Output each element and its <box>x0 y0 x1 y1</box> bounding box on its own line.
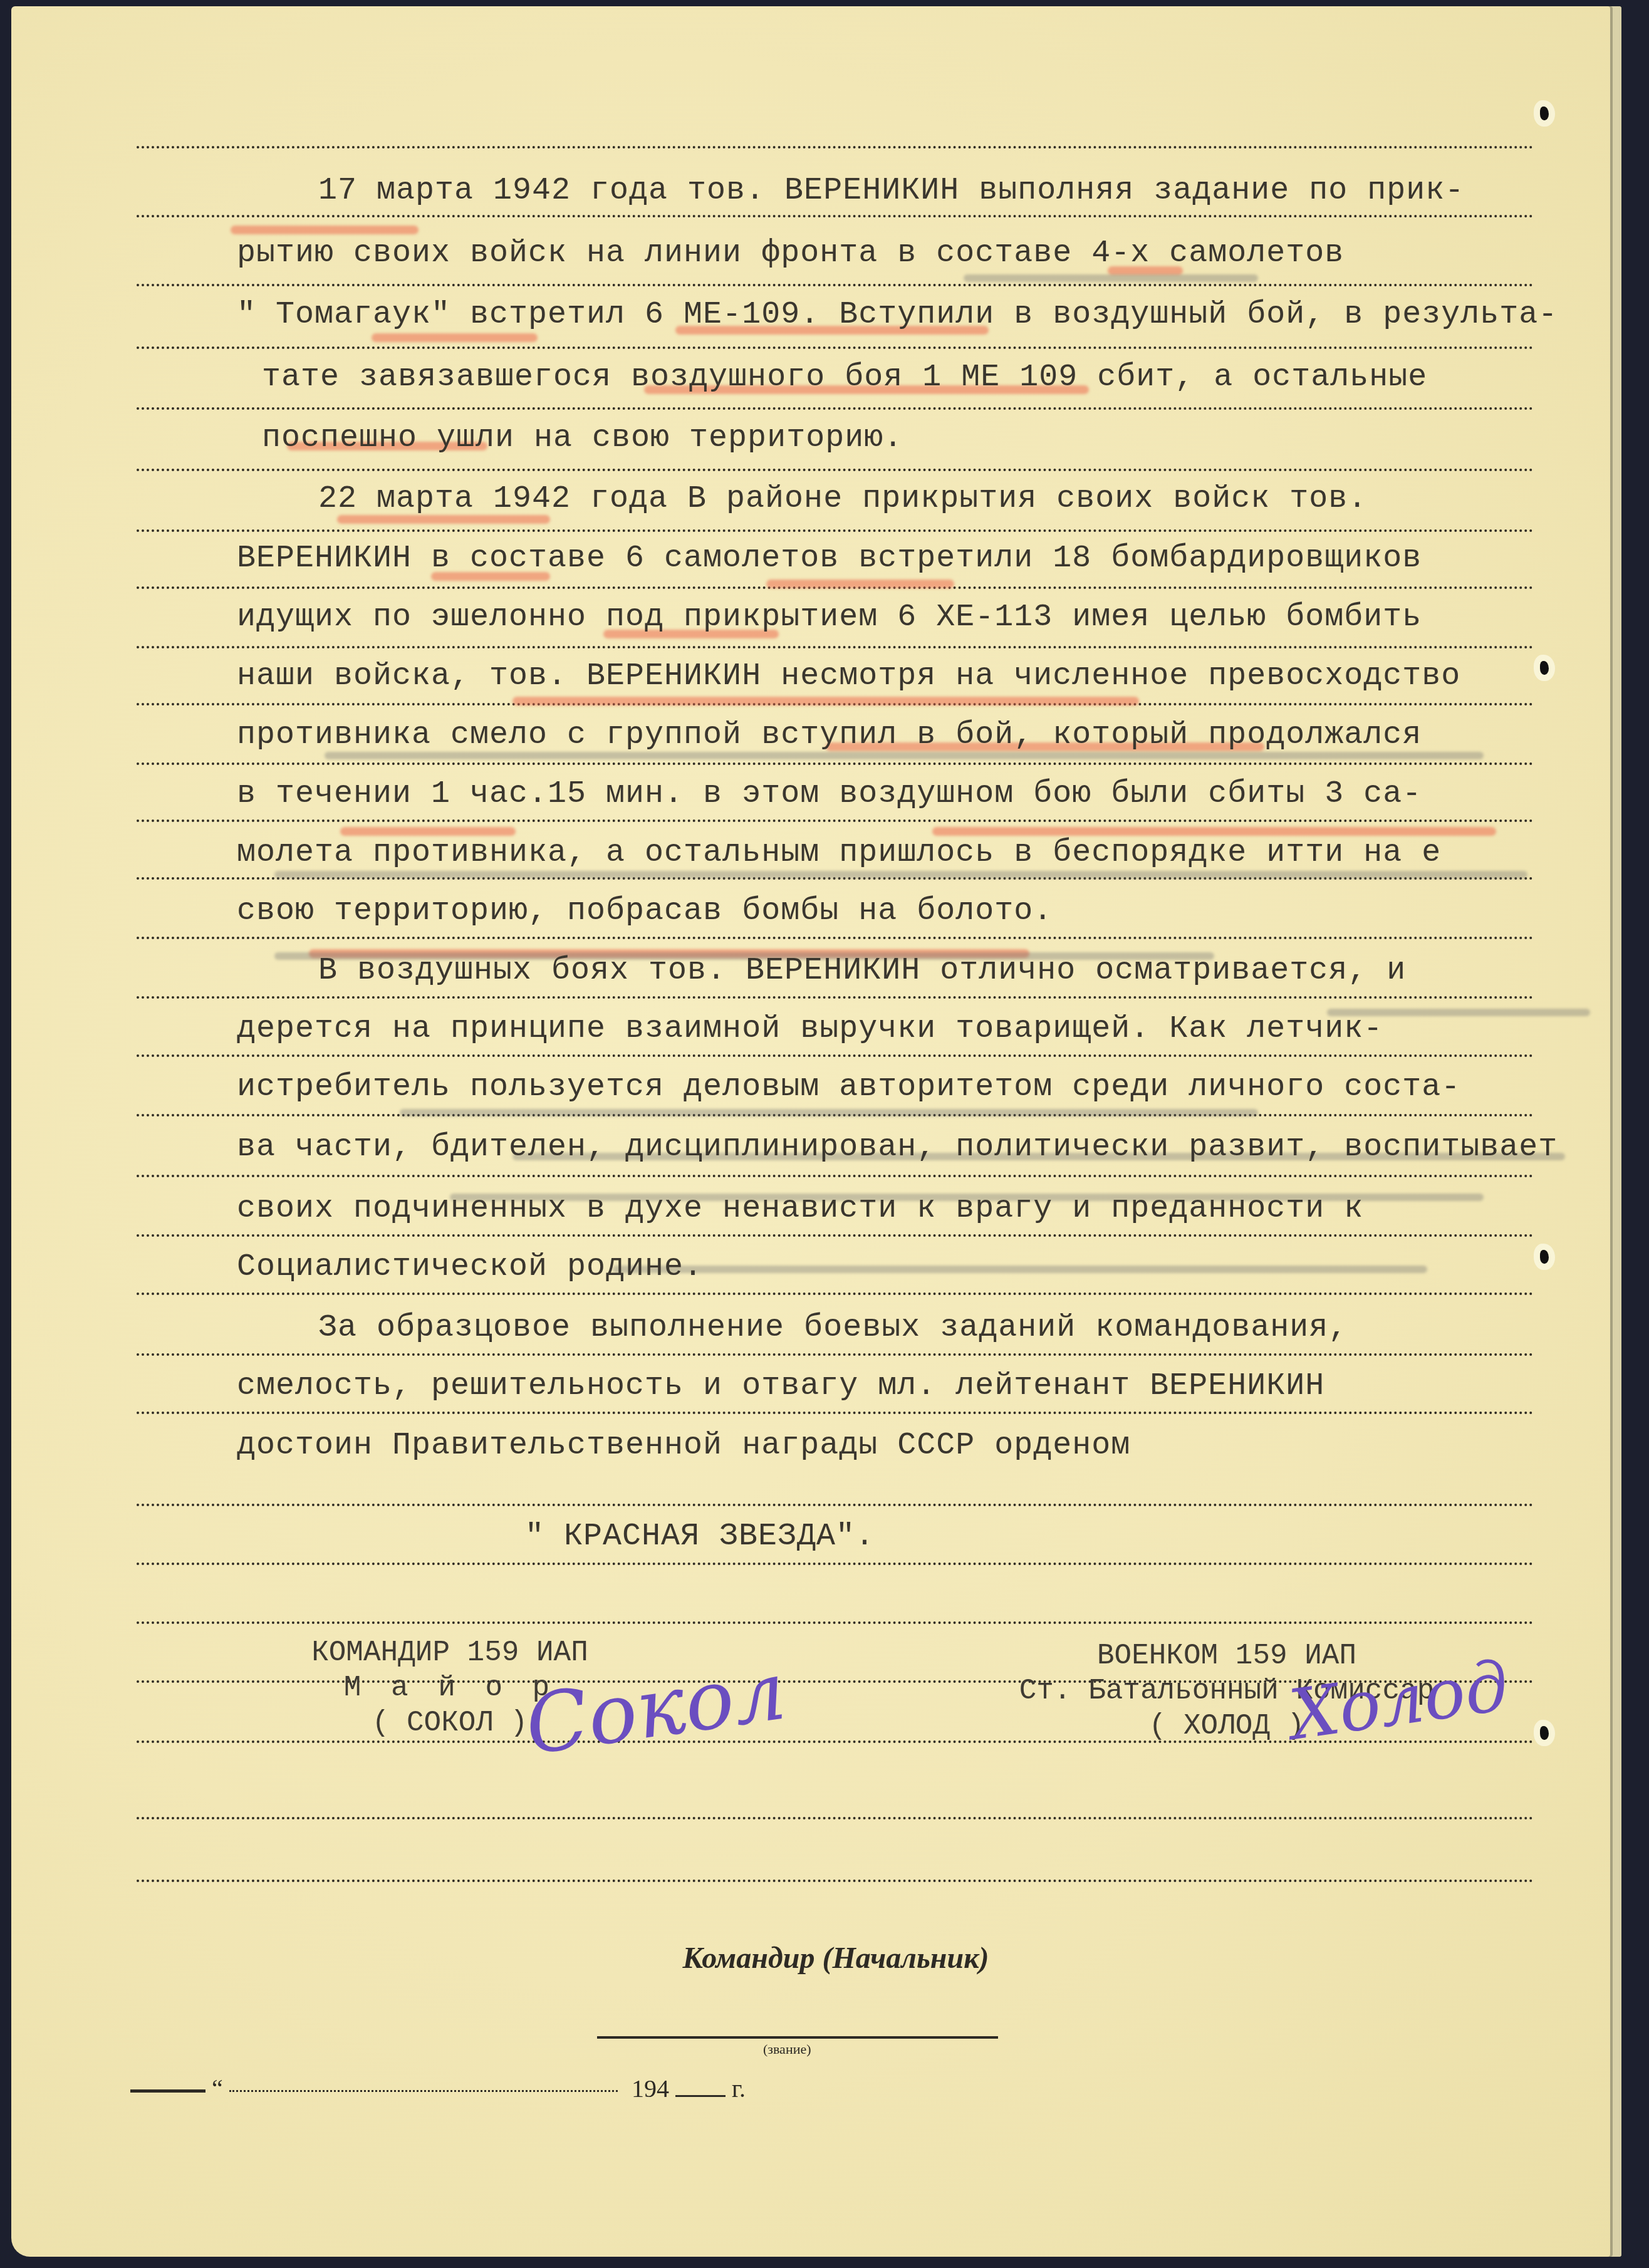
punch-hole <box>1540 661 1549 675</box>
ruled-line <box>137 1353 1534 1356</box>
date-open-quote: “ <box>212 2074 223 2103</box>
ruled-line <box>137 762 1534 765</box>
paragraph-2-line-2: ВЕРЕНИКИН в составе 6 самолетов встретил… <box>237 540 1422 578</box>
paragraph-4-line-1: За образцовое выполнение боевых заданий … <box>318 1309 1348 1347</box>
document-page: 17 марта 1942 года тов. ВЕРЕНИКИН выполн… <box>11 6 1621 2257</box>
paragraph-3-line-1: В воздушных боях тов. ВЕРЕНИКИН отлично … <box>318 952 1406 990</box>
ruled-line <box>137 346 1534 349</box>
ruled-line <box>137 1412 1534 1414</box>
paragraph-1-line-1: 17 марта 1942 года тов. ВЕРЕНИКИН выполн… <box>318 172 1464 210</box>
rank-caption: (звание) <box>763 2041 811 2057</box>
ruled-line <box>137 1621 1534 1624</box>
ruled-line <box>137 1234 1534 1237</box>
commander-label: Командир (Начальник) <box>11 1941 1649 1975</box>
paragraph-2-line-1: 22 марта 1942 года В районе прикрытия св… <box>318 481 1367 518</box>
ruled-line <box>137 1817 1534 1819</box>
paragraph-2-line-4: наши войска, тов. ВЕРЕНИКИН несмотря на … <box>237 658 1460 695</box>
grey-pencil-mark <box>613 1266 1427 1273</box>
ruled-line <box>137 1880 1534 1882</box>
paragraph-1-line-5: поспешно ушли на свою территорию. <box>262 420 903 457</box>
ruled-line <box>137 469 1534 471</box>
year-prefix: 194 <box>632 2074 669 2103</box>
paragraph-2-line-3: идущих по эшелонно под прикрытием 6 ХЕ-1… <box>237 599 1422 637</box>
ruled-line <box>137 284 1534 286</box>
ruled-line <box>137 646 1534 648</box>
grey-pencil-mark <box>400 1109 1258 1116</box>
paragraph-3-line-4: ва части, бдителен, дисциплинирован, пол… <box>237 1129 1558 1167</box>
paragraph-2-line-5: противника смело с группой вступил в бой… <box>237 717 1422 754</box>
paragraph-4-line-3: достоин Правительственной награды СССР о… <box>237 1427 1130 1465</box>
red-pencil-mark <box>766 580 954 588</box>
paragraph-4-line-2: смелость, решительность и отвагу мл. лей… <box>237 1368 1324 1405</box>
ruled-line <box>137 146 1534 148</box>
commander-title: КОМАНДИР 159 ИАП <box>256 1635 644 1670</box>
ruled-line <box>137 215 1534 217</box>
paragraph-3-line-2: дерется на принципе взаимной выручки тов… <box>237 1011 1383 1048</box>
red-pencil-mark <box>231 226 419 234</box>
ruled-line <box>137 1504 1534 1506</box>
paragraph-1-line-3: " Томагаук" встретил 6 МЕ-109. Вступили … <box>237 296 1558 334</box>
ruled-line <box>137 529 1534 532</box>
paragraph-3-line-3: истребитель пользуется деловым авторитет… <box>237 1069 1460 1106</box>
red-pencil-mark <box>372 333 538 342</box>
ruled-line <box>137 407 1534 410</box>
punch-hole <box>1540 1250 1549 1264</box>
paragraph-2-line-8: свою территорию, побрасав бомбы на болот… <box>237 893 1053 930</box>
paragraph-1-line-2: рытию своих войск на линии фронта в сост… <box>237 235 1344 273</box>
punch-hole <box>1540 1726 1549 1740</box>
ruled-line <box>137 819 1534 822</box>
paragraph-3-line-6: Социалистической родине. <box>237 1249 703 1286</box>
ruled-line <box>137 937 1534 939</box>
ruled-line <box>137 1293 1534 1295</box>
ruled-line <box>137 1054 1534 1057</box>
paragraph-1-line-4: тате завязавшегося воздушного боя 1 МЕ 1… <box>262 359 1427 397</box>
award-name: " КРАСНАЯ ЗВЕЗДА". <box>525 1518 875 1556</box>
ruled-line <box>137 996 1534 999</box>
red-pencil-mark <box>512 697 1139 705</box>
date-field: “ <box>130 2074 632 2103</box>
paragraph-3-line-5: своих подчиненных в духе ненависти к вра… <box>237 1190 1363 1228</box>
date-year: 194 г. <box>632 2074 746 2103</box>
paragraph-2-line-6: в течении 1 час.15 мин. в этом воздушном… <box>237 776 1422 813</box>
rank-signature-line <box>597 2036 998 2039</box>
punch-hole <box>1540 107 1549 120</box>
ruled-line <box>137 1175 1534 1177</box>
ruled-line <box>137 1563 1534 1565</box>
year-suffix: г. <box>732 2074 746 2103</box>
grey-pencil-mark <box>964 274 1258 282</box>
paragraph-2-line-7: молета противника, а остальным пришлось … <box>237 835 1441 872</box>
